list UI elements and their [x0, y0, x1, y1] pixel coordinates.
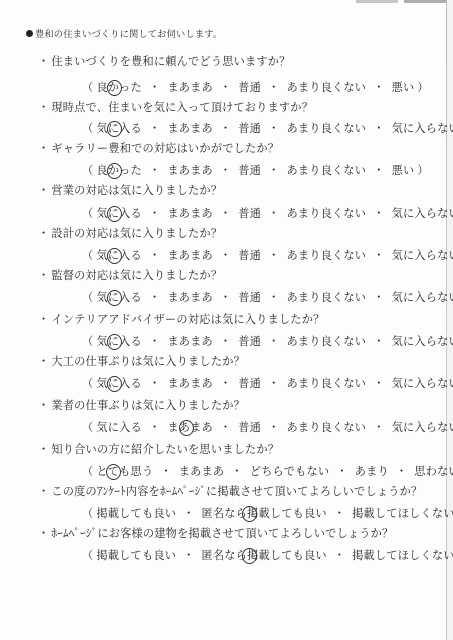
- answer-option-label: まあまあ: [167, 164, 213, 177]
- answer-option[interactable]: 気に入らない: [392, 335, 453, 348]
- answer-option-label: 普通: [238, 291, 261, 304]
- answer-option[interactable]: 普通: [238, 377, 261, 390]
- separator: ・: [220, 207, 231, 220]
- answer-option-label: まあまあ: [167, 421, 213, 434]
- answer-option-selected[interactable]: 良かった: [96, 164, 142, 177]
- answer-option-label: 気に入る: [96, 207, 142, 220]
- answer-option-label: あまり良くない: [286, 377, 366, 390]
- paren-open: （: [82, 122, 93, 135]
- question-1: ・住まいづくりを豊和に頼んでどう思いますか？: [38, 53, 291, 69]
- answer-option-label: 良かった: [96, 81, 142, 94]
- answer-option-label: 掲載してほしくない: [352, 549, 453, 562]
- answer-options-6: （気に入る・まあまあ・普通・あまり良くない・気に入らない）: [79, 289, 453, 305]
- answer-option-label: あまり良くない: [286, 335, 366, 348]
- answer-option-label: あまり: [355, 465, 389, 478]
- bullet-icon: ・: [38, 55, 49, 68]
- paren-open: （: [82, 377, 93, 390]
- bullet-icon: ・: [38, 399, 49, 412]
- paren-open: （: [82, 249, 93, 262]
- separator: ・: [373, 421, 384, 434]
- answer-option-label: 気に入らない: [392, 291, 453, 304]
- answer-options-7: （気に入る・まあまあ・普通・あまり良くない・気に入らない）: [79, 333, 453, 349]
- separator: ・: [396, 465, 407, 478]
- answer-option[interactable]: 気に入らない: [392, 122, 453, 135]
- separator: ・: [373, 335, 384, 348]
- answer-option[interactable]: 普通: [238, 291, 261, 304]
- separator: ・: [373, 291, 384, 304]
- answer-option[interactable]: あまり良くない: [286, 81, 366, 94]
- answer-option-selected[interactable]: 気に入る: [96, 122, 142, 135]
- answer-option-selected[interactable]: 気に入る: [96, 207, 142, 220]
- bullet-icon: ・: [38, 355, 49, 368]
- answer-option[interactable]: 思わない: [414, 465, 453, 478]
- paren-open: （: [82, 291, 93, 304]
- answer-option-label: 気に入らない: [392, 335, 453, 348]
- scan-edge-line: [446, 0, 447, 640]
- answer-option-label: まあまあ: [167, 335, 213, 348]
- answer-options-4: （気に入る・まあまあ・普通・あまり良くない・気に入らない）: [79, 205, 453, 221]
- bullet-icon: ・: [38, 443, 49, 456]
- answer-options-5: （気に入る・まあまあ・普通・あまり良くない・気に入らない）: [79, 247, 453, 263]
- answer-option[interactable]: 普通: [238, 81, 261, 94]
- answer-option-label: 匿名なら掲載しても良い: [202, 507, 327, 520]
- answer-option-label: あまり良くない: [286, 291, 366, 304]
- separator: ・: [220, 291, 231, 304]
- answer-option-label: 気に入らない: [392, 421, 453, 434]
- answer-options-12: （掲載しても良い・匿名なら掲載しても良い・掲載してほしくない）: [79, 547, 453, 563]
- answer-option-label: 普通: [238, 249, 261, 262]
- separator: ・: [336, 465, 347, 478]
- bullet-icon: ・: [38, 101, 49, 114]
- separator: ・: [220, 249, 231, 262]
- answer-options-10: （とても思う・まあまあ・どちらでもない・あまり・思わない）: [79, 463, 453, 479]
- answer-option-label: 普通: [238, 377, 261, 390]
- answer-option[interactable]: 普通: [238, 207, 261, 220]
- answer-option-label: どちらでもない: [250, 465, 330, 478]
- answer-option-label: 普通: [238, 164, 261, 177]
- answer-option-label: まあまあ: [179, 465, 225, 478]
- answer-option-selected[interactable]: 気に入る: [96, 249, 142, 262]
- answer-options-2: （気に入る・まあまあ・普通・あまり良くない・気に入らない）: [79, 120, 453, 136]
- separator: ・: [220, 122, 231, 135]
- question-11: ・この度のｱﾝｹｰﾄ内容をﾎｰﾑﾍﾟｰｼﾞに掲載させて頂いてよろしいでしょうか？: [38, 483, 422, 499]
- separator: ・: [149, 335, 160, 348]
- separator: ・: [334, 549, 345, 562]
- answer-option[interactable]: まあまあ: [167, 81, 213, 94]
- answer-option-label: 匿名なら掲載しても良い: [202, 549, 327, 562]
- answer-option[interactable]: あまり良くない: [286, 249, 366, 262]
- answer-options-8: （気に入る・まあまあ・普通・あまり良くない・気に入らない）: [79, 375, 453, 391]
- answer-option-label: 気に入らない: [392, 249, 453, 262]
- answer-option-label: まあまあ: [167, 81, 213, 94]
- answer-option-selected[interactable]: まあまあ: [167, 421, 213, 434]
- scan-edge: [447, 0, 453, 640]
- answer-option-label: まあまあ: [167, 207, 213, 220]
- bullet-icon: ・: [38, 269, 49, 282]
- answer-option-label: 気に入る: [96, 249, 142, 262]
- answer-option-label: あまり良くない: [286, 81, 366, 94]
- answer-options-1: （良かった・まあまあ・普通・あまり良くない・悪い）: [79, 79, 432, 95]
- question-3: ・ギャラリー豊和での対応はいかがでしたか？: [38, 140, 279, 156]
- answer-option[interactable]: まあまあ: [167, 335, 213, 348]
- separator: ・: [149, 207, 160, 220]
- answer-option-label: あまり良くない: [286, 122, 366, 135]
- answer-option-label: あまり良くない: [286, 207, 366, 220]
- answer-option-selected[interactable]: 良かった: [96, 81, 142, 94]
- answer-option-label: 普通: [238, 81, 261, 94]
- scan-artifact-top: [356, 0, 398, 3]
- separator: ・: [373, 81, 384, 94]
- answer-options-11: （掲載しても良い・匿名なら掲載しても良い・掲載してほしくない）: [79, 505, 453, 521]
- paren-open: （: [82, 164, 93, 177]
- answer-option-selected[interactable]: 匿名なら掲載しても良い: [202, 549, 327, 562]
- paren-close: ）: [417, 81, 428, 94]
- filled-circle-bullet-icon: [26, 30, 33, 37]
- question-text: 業者の仕事ぶりは気に入りましたか？: [51, 399, 245, 412]
- answer-option-label: 普通: [238, 421, 261, 434]
- answer-option[interactable]: あまり: [355, 465, 389, 478]
- answer-option-label: まあまあ: [167, 377, 213, 390]
- separator: ・: [373, 122, 384, 135]
- answer-options-9: （気に入る・まあまあ・普通・あまり良くない・気に入らない）: [79, 419, 453, 435]
- answer-option-label: 掲載しても良い: [96, 507, 176, 520]
- answer-option-selected[interactable]: 気に入る: [96, 335, 142, 348]
- separator: ・: [149, 164, 160, 177]
- answer-option[interactable]: あまり良くない: [286, 207, 366, 220]
- question-10: ・知り合いの方に紹介したいを思いましたか？: [38, 441, 279, 457]
- answer-option[interactable]: あまり良くない: [286, 164, 366, 177]
- separator: ・: [268, 335, 279, 348]
- answer-option[interactable]: 悪い: [392, 81, 415, 94]
- separator: ・: [220, 164, 231, 177]
- bullet-icon: ・: [38, 527, 49, 540]
- answer-option[interactable]: 普通: [238, 249, 261, 262]
- question-text: 住まいづくりを豊和に頼んでどう思いますか？: [51, 55, 290, 68]
- answer-option-selected[interactable]: 気に入る: [96, 377, 142, 390]
- separator: ・: [149, 421, 160, 434]
- answer-option-label: 思わない: [414, 465, 453, 478]
- separator: ・: [160, 465, 171, 478]
- answer-option[interactable]: あまり良くない: [286, 291, 366, 304]
- question-7: ・インテリアアドバイザーの対応は気に入りましたか？: [38, 311, 324, 327]
- question-5: ・設計の対応は気に入りましたか？: [38, 225, 222, 241]
- bullet-icon: ・: [38, 313, 49, 326]
- answer-option-label: 普通: [238, 335, 261, 348]
- answer-option-label: あまり良くない: [286, 249, 366, 262]
- question-text: ﾎｰﾑﾍﾟｰｼﾞにお客様の建物を掲載させて頂いてよろしいでしょうか？: [51, 527, 393, 540]
- question-9: ・業者の仕事ぶりは気に入りましたか？: [38, 397, 245, 413]
- section-header: 豊和の住まいづくりに関してお伺いします。: [26, 26, 222, 40]
- answer-option-label: 気に入らない: [392, 207, 453, 220]
- bullet-icon: ・: [38, 142, 49, 155]
- bullet-icon: ・: [38, 227, 49, 240]
- bullet-icon: ・: [38, 184, 49, 197]
- answer-option[interactable]: 普通: [238, 164, 261, 177]
- separator: ・: [373, 249, 384, 262]
- answer-option-label: あまり良くない: [286, 164, 366, 177]
- separator: ・: [220, 377, 231, 390]
- answer-option-label: 気に入らない: [392, 122, 453, 135]
- separator: ・: [149, 122, 160, 135]
- separator: ・: [268, 122, 279, 135]
- paren-open: （: [82, 549, 93, 562]
- answer-option[interactable]: まあまあ: [167, 291, 213, 304]
- answer-option[interactable]: あまり良くない: [286, 421, 366, 434]
- answer-option[interactable]: まあまあ: [167, 122, 213, 135]
- separator: ・: [220, 421, 231, 434]
- separator: ・: [220, 81, 231, 94]
- answer-option-label: 気に入る: [96, 335, 142, 348]
- answer-option-selected[interactable]: とても思う: [96, 465, 153, 478]
- answer-option[interactable]: どちらでもない: [250, 465, 330, 478]
- answer-option[interactable]: 悪い: [392, 164, 415, 177]
- separator: ・: [334, 507, 345, 520]
- answer-option[interactable]: 気に入らない: [392, 377, 453, 390]
- question-text: 大工の仕事ぶりは気に入りましたか？: [51, 355, 245, 368]
- paren-open: （: [82, 335, 93, 348]
- question-text: この度のｱﾝｹｰﾄ内容をﾎｰﾑﾍﾟｰｼﾞに掲載させて頂いてよろしいでしょうか？: [51, 485, 422, 498]
- answer-option-label: とても思う: [96, 465, 153, 478]
- section-header-text: 豊和の住まいづくりに関してお伺いします。: [35, 26, 222, 40]
- answer-option[interactable]: あまり良くない: [286, 377, 366, 390]
- answer-option-label: 悪い: [392, 164, 415, 177]
- paren-open: （: [82, 81, 93, 94]
- answer-option-label: 悪い: [392, 81, 415, 94]
- paren-open: （: [82, 465, 93, 478]
- answer-option[interactable]: 掲載しても良い: [96, 549, 176, 562]
- question-text: 監督の対応は気に入りましたか？: [51, 269, 222, 282]
- separator: ・: [183, 549, 194, 562]
- separator: ・: [268, 249, 279, 262]
- answer-option-label: まあまあ: [167, 122, 213, 135]
- answer-option[interactable]: まあまあ: [167, 207, 213, 220]
- answer-option[interactable]: 気に入らない: [392, 249, 453, 262]
- separator: ・: [149, 291, 160, 304]
- question-text: 現時点で、住まいを気に入って頂けておりますか？: [51, 101, 313, 114]
- separator: ・: [231, 465, 242, 478]
- answer-option[interactable]: 気に入らない: [392, 207, 453, 220]
- answer-options-3: （良かった・まあまあ・普通・あまり良くない・悪い）: [79, 162, 432, 178]
- separator: ・: [149, 377, 160, 390]
- answer-option[interactable]: 掲載してほしくない: [352, 549, 453, 562]
- answer-option[interactable]: 掲載しても良い: [96, 507, 176, 520]
- separator: ・: [268, 291, 279, 304]
- paren-close: ）: [417, 164, 428, 177]
- answer-option[interactable]: まあまあ: [167, 164, 213, 177]
- question-text: 知り合いの方に紹介したいを思いましたか？: [51, 443, 279, 456]
- answer-option-label: 気に入る: [96, 122, 142, 135]
- answer-option[interactable]: まあまあ: [167, 377, 213, 390]
- answer-option-label: 気に入る: [96, 377, 142, 390]
- paren-open: （: [82, 207, 93, 220]
- answer-option-label: 掲載しても良い: [96, 549, 176, 562]
- separator: ・: [373, 207, 384, 220]
- separator: ・: [183, 507, 194, 520]
- answer-option[interactable]: 気に入らない: [392, 291, 453, 304]
- question-6: ・監督の対応は気に入りましたか？: [38, 267, 222, 283]
- separator: ・: [220, 335, 231, 348]
- question-text: 設計の対応は気に入りましたか？: [51, 227, 222, 240]
- answer-option-label: まあまあ: [167, 291, 213, 304]
- separator: ・: [149, 81, 160, 94]
- paren-open: （: [82, 507, 93, 520]
- separator: ・: [149, 249, 160, 262]
- answer-option[interactable]: 掲載してほしくない: [352, 507, 453, 520]
- answer-option-selected[interactable]: 気に入る: [96, 291, 142, 304]
- question-8: ・大工の仕事ぶりは気に入りましたか？: [38, 353, 245, 369]
- answer-option[interactable]: まあまあ: [179, 465, 225, 478]
- answer-option-label: 気に入る: [96, 421, 142, 434]
- question-12: ・ﾎｰﾑﾍﾟｰｼﾞにお客様の建物を掲載させて頂いてよろしいでしょうか？: [38, 525, 393, 541]
- answer-option[interactable]: 普通: [238, 122, 261, 135]
- question-4: ・営業の対応は気に入りましたか？: [38, 182, 222, 198]
- answer-option[interactable]: 普通: [238, 335, 261, 348]
- answer-option[interactable]: 気に入らない: [392, 421, 453, 434]
- answer-option-label: 気に入らない: [392, 377, 453, 390]
- separator: ・: [268, 164, 279, 177]
- answer-option-selected[interactable]: 匿名なら掲載しても良い: [202, 507, 327, 520]
- answer-option[interactable]: 気に入る: [96, 421, 142, 434]
- question-text: インテリアアドバイザーの対応は気に入りましたか？: [51, 313, 324, 326]
- question-text: ギャラリー豊和での対応はいかがでしたか？: [51, 142, 279, 155]
- bullet-icon: ・: [38, 485, 49, 498]
- answer-option-label: あまり良くない: [286, 421, 366, 434]
- separator: ・: [373, 377, 384, 390]
- separator: ・: [268, 377, 279, 390]
- answer-option[interactable]: まあまあ: [167, 249, 213, 262]
- answer-option-label: 普通: [238, 122, 261, 135]
- answer-option-label: 良かった: [96, 164, 142, 177]
- separator: ・: [268, 207, 279, 220]
- separator: ・: [373, 164, 384, 177]
- answer-option[interactable]: 普通: [238, 421, 261, 434]
- separator: ・: [268, 81, 279, 94]
- answer-option-label: 掲載してほしくない: [352, 507, 453, 520]
- answer-option-label: 気に入る: [96, 291, 142, 304]
- question-text: 営業の対応は気に入りましたか？: [51, 184, 222, 197]
- answer-option-label: まあまあ: [167, 249, 213, 262]
- answer-option[interactable]: あまり良くない: [286, 122, 366, 135]
- answer-option[interactable]: あまり良くない: [286, 335, 366, 348]
- question-2: ・現時点で、住まいを気に入って頂けておりますか？: [38, 99, 313, 115]
- paren-open: （: [82, 421, 93, 434]
- answer-option-label: 普通: [238, 207, 261, 220]
- separator: ・: [268, 421, 279, 434]
